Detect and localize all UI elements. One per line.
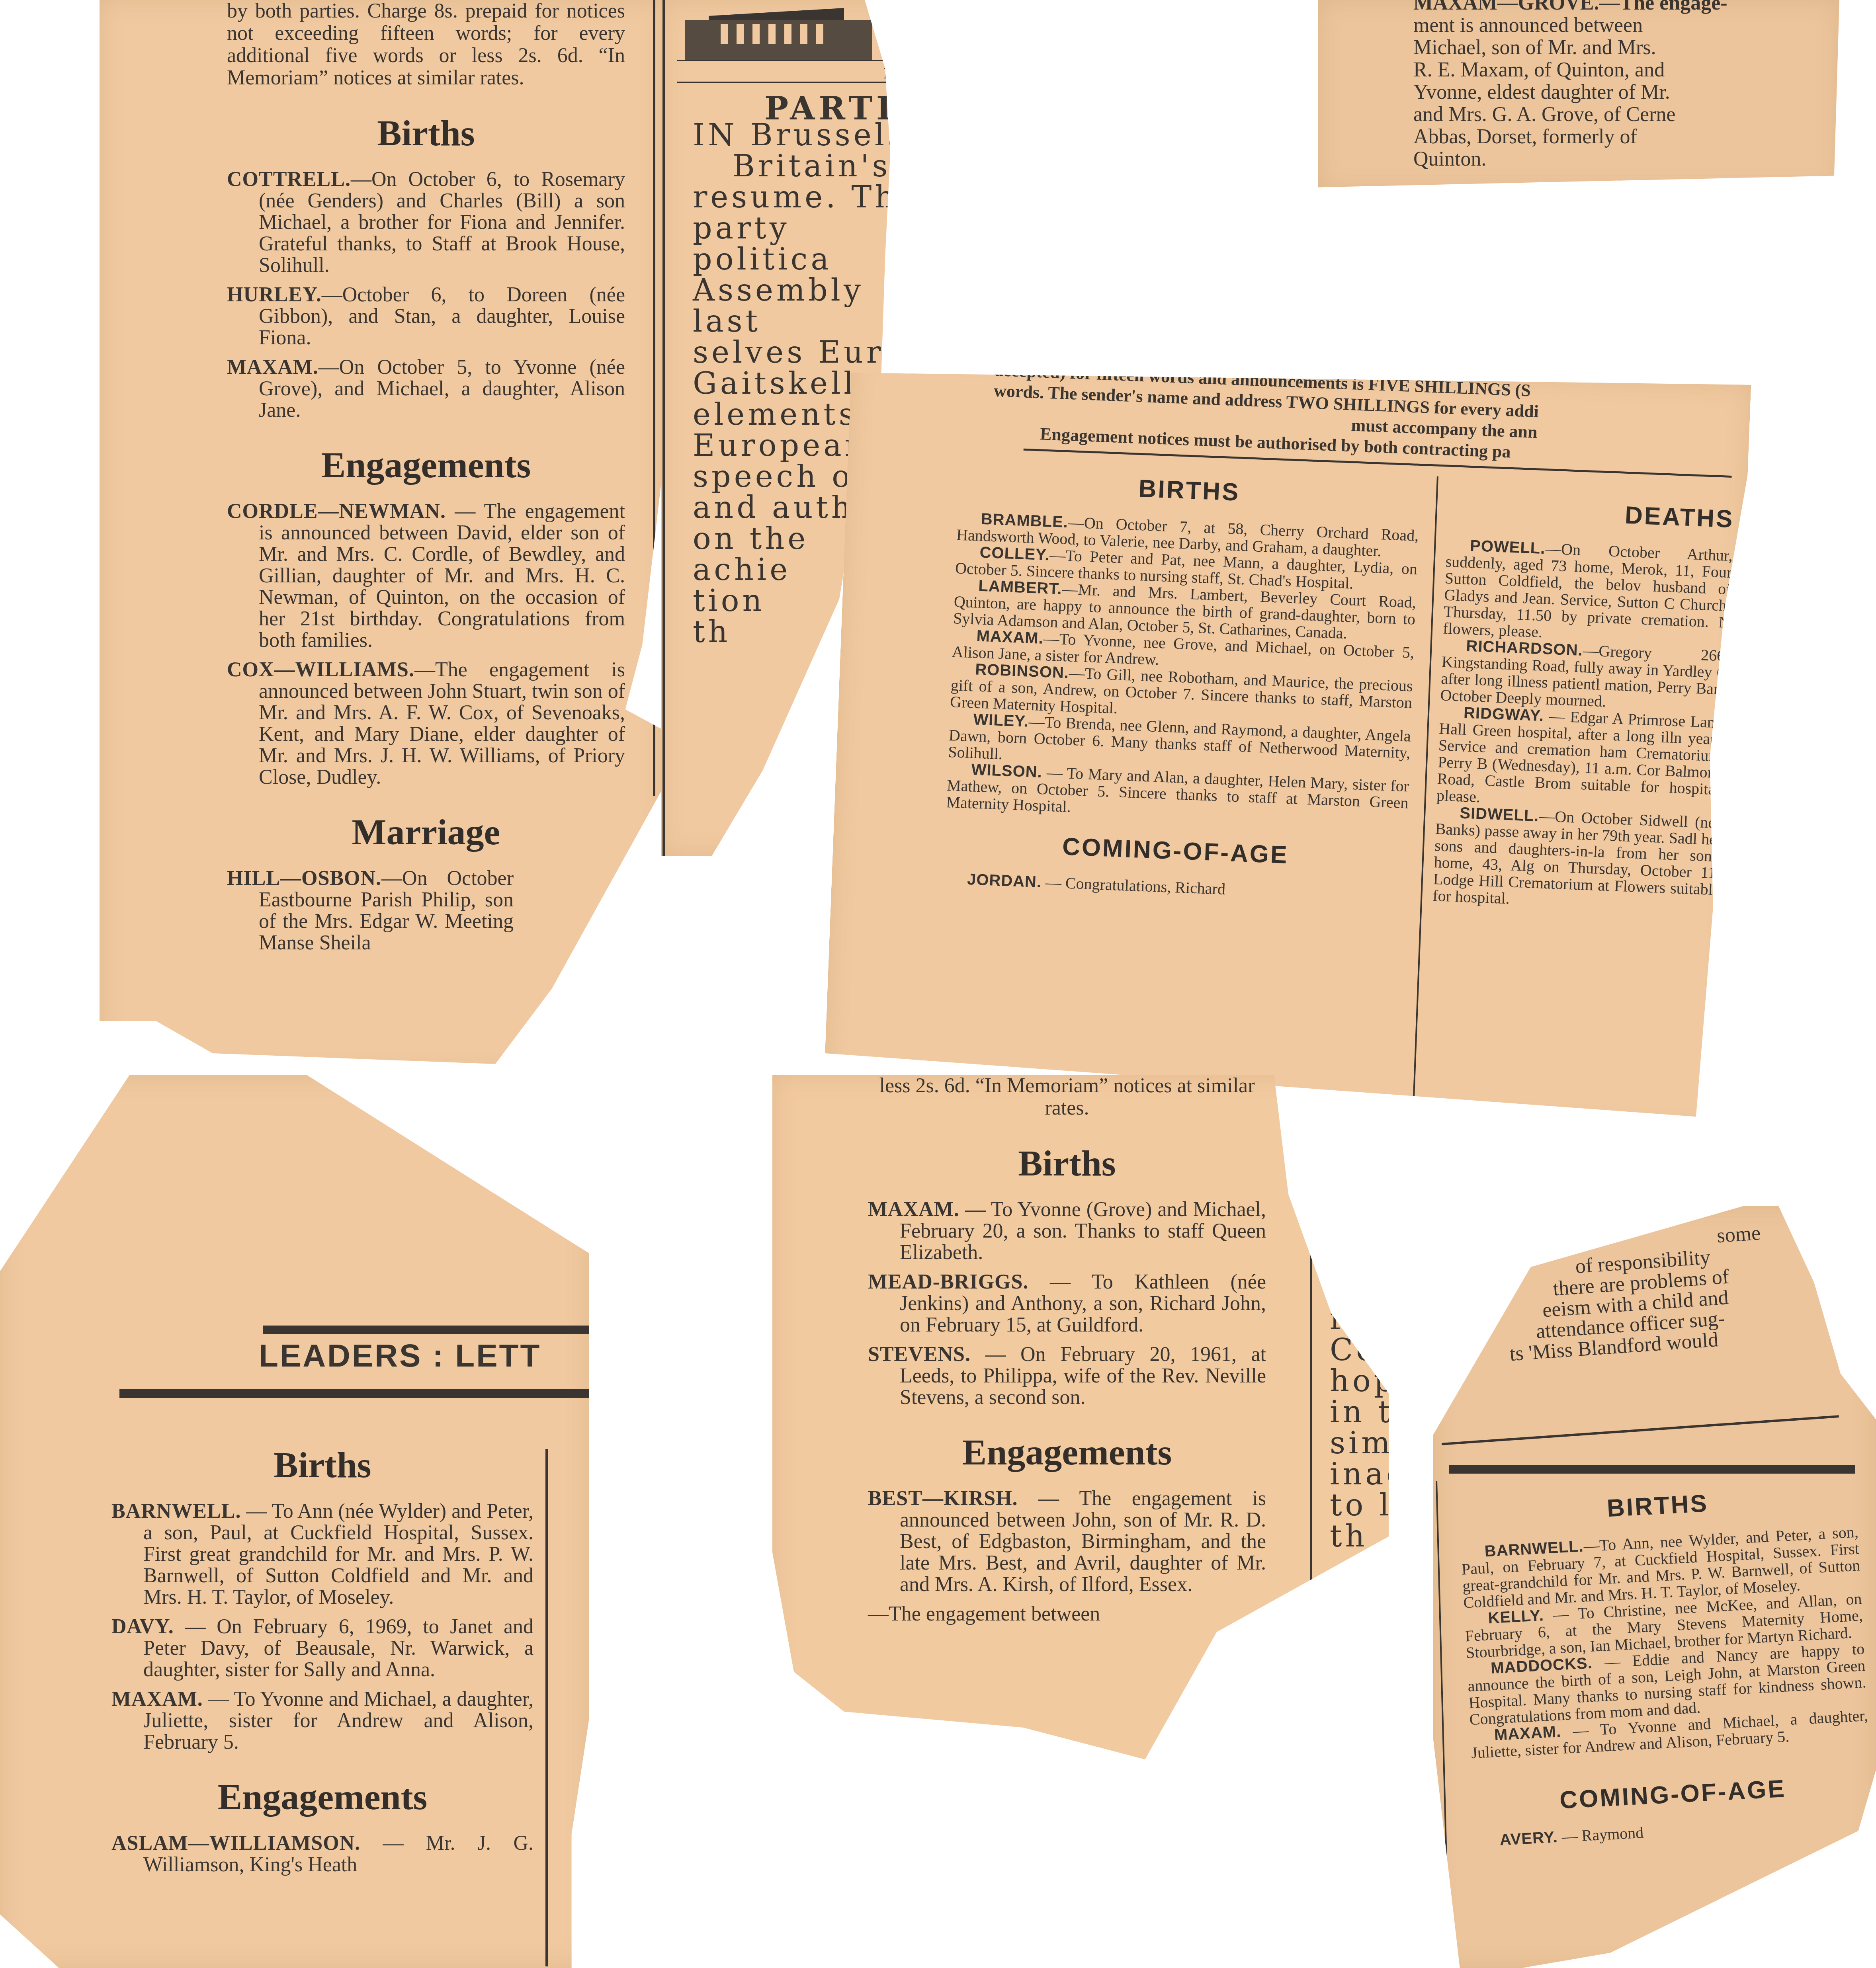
column-rule — [1310, 1075, 1312, 1632]
article-line: hope t — [1330, 1365, 1473, 1396]
birth-notice: STEVENS. — On February 20, 1961, at Leed… — [868, 1344, 1266, 1408]
clipping-births-deaths: accepted) for fifteen words and announce… — [823, 350, 1751, 1132]
article-line: party politica — [693, 213, 916, 275]
death-notice: POWELL.—On October Arthur, suddenly, age… — [1442, 537, 1733, 648]
column-rule — [653, 0, 655, 796]
engagement-notice: CORDLE—NEWMAN. — The engagement is annou… — [227, 501, 625, 651]
engagements-heading: Engagements — [111, 1777, 533, 1817]
death-notice: RIDGWAY. — Edgar A Primrose Lane, Hall G… — [1436, 703, 1726, 814]
banner-rule-bottom — [119, 1389, 589, 1398]
engagement-notice: ASLAM—WILLIAMSON. — Mr. J. G. Williamson… — [111, 1833, 533, 1876]
engagement-line: Abbas, Dorset, formerly of — [1413, 126, 1819, 148]
engagement-notice: BEST—KIRSH. — The engagement is announce… — [868, 1488, 1266, 1595]
deaths-heading: DEATHS — [1447, 489, 1735, 540]
engagement-line: R. E. Maxam, of Quinton, and — [1413, 59, 1819, 81]
article-line: yest — [1330, 1241, 1473, 1272]
engagement-notice: COX—WILLIAMS.—The engagement is announce… — [227, 659, 625, 788]
column-rule — [545, 1449, 548, 1966]
births-heading: Births — [227, 113, 625, 153]
rates-header: accepted) for fifteen words and announce… — [992, 360, 1735, 471]
article-headline-fragment: T — [1405, 1154, 1442, 1206]
death-notice: RICHARDSON.—Gregory 266, Kingstanding Ro… — [1440, 636, 1729, 715]
building-illustration-icon — [685, 4, 872, 60]
death-notice: SIDWELL.—On October Sidwell (nee Banks) … — [1432, 804, 1723, 915]
rule — [1338, 1110, 1457, 1111]
births-heading: Births — [111, 1445, 533, 1485]
article-line: Britain's — [693, 150, 916, 182]
masthead-fragment: M — [884, 64, 899, 82]
clipping-bottom-middle: less 2s. 6d. “In Memoriam” notices at si… — [772, 1075, 1489, 1871]
births-heading: BIRTHS — [958, 462, 1421, 519]
rule — [677, 60, 900, 61]
clipping-bottom-left: LEADERS : LETT Births BARNWELL. — To Ann… — [0, 1075, 589, 1968]
birth-notice: MAXAM. — To Yvonne (Grove) and Michael, … — [868, 1199, 1266, 1263]
engagement-line: Quinton. — [1413, 148, 1819, 170]
birth-notice: BARNWELL. — To Ann (née Wylder) and Pete… — [111, 1501, 533, 1608]
engagement-line: and Mrs. G. A. Grove, of Cerne — [1413, 103, 1819, 126]
engagement-line: ment is announced between — [1413, 14, 1819, 37]
clipping-bottom-right: some of responsibility there are problem… — [1433, 1206, 1876, 1968]
engagement-line: Yvonne, eldest daughter of Mr. — [1413, 81, 1819, 103]
article-line: resume. The — [693, 182, 916, 213]
clipping-top-right: MAXAM—GROVE.—The engage- ment is announc… — [1318, 0, 1839, 191]
banner-rule-top — [263, 1326, 589, 1334]
engagement-notice: —The engagement between — [868, 1603, 1266, 1625]
section-banner: LEADERS : LETT — [259, 1337, 541, 1374]
engagement-line: MAXAM—GROVE.—The engage- — [1413, 0, 1819, 14]
marriage-notice: HILL—OSBON.—On October Eastbourne Parish… — [227, 868, 514, 954]
rule — [677, 82, 900, 83]
article-line: Congo, — [1330, 1334, 1473, 1365]
rates-notice: by both parties. Charge 8s. prepaid for … — [227, 0, 625, 89]
birth-notice: MAXAM.—On October 5, to Yvonne (née Grov… — [227, 357, 625, 421]
column-rule — [662, 0, 665, 856]
engagement-line: Michael, son of Mr. and Mrs. — [1413, 37, 1819, 59]
article-line: IN Brussels — [693, 119, 916, 150]
engagements-heading: Engagements — [868, 1432, 1266, 1472]
birth-notice: HURLEY.—October 6, to Doreen (née Gibbon… — [227, 284, 625, 349]
birth-notice: MEAD-BRIGGS. — To Kathleen (née Jenkins)… — [868, 1271, 1266, 1336]
article-line: Assembly last — [693, 275, 916, 337]
birth-notice: COTTRELL.—On October 6, to Rosemary (née… — [227, 169, 625, 276]
clipping-top-left: by both parties. Charge 8s. prepaid for … — [100, 0, 665, 1075]
article-line: AFTER — [1330, 1210, 1473, 1241]
birth-notice: DAVY. — On February 6, 1969, to Janet an… — [111, 1616, 533, 1681]
marriage-heading: Marriage — [227, 812, 625, 852]
rates-notice: less 2s. 6d. “In Memoriam” notices at si… — [868, 1075, 1266, 1119]
article-line: selves Europ — [693, 337, 916, 368]
column-rule — [1436, 1481, 1450, 1966]
engagements-heading: Engagements — [227, 445, 625, 485]
birth-notice: MAXAM. — To Yvonne and Michael, a daught… — [111, 1689, 533, 1753]
births-heading: Births — [868, 1143, 1266, 1183]
coming-of-age-heading: COMING-OF-AGE — [944, 822, 1407, 880]
article-line: authori — [1330, 1272, 1473, 1303]
rule — [1442, 1415, 1839, 1445]
article-line: force, i — [1330, 1303, 1473, 1334]
